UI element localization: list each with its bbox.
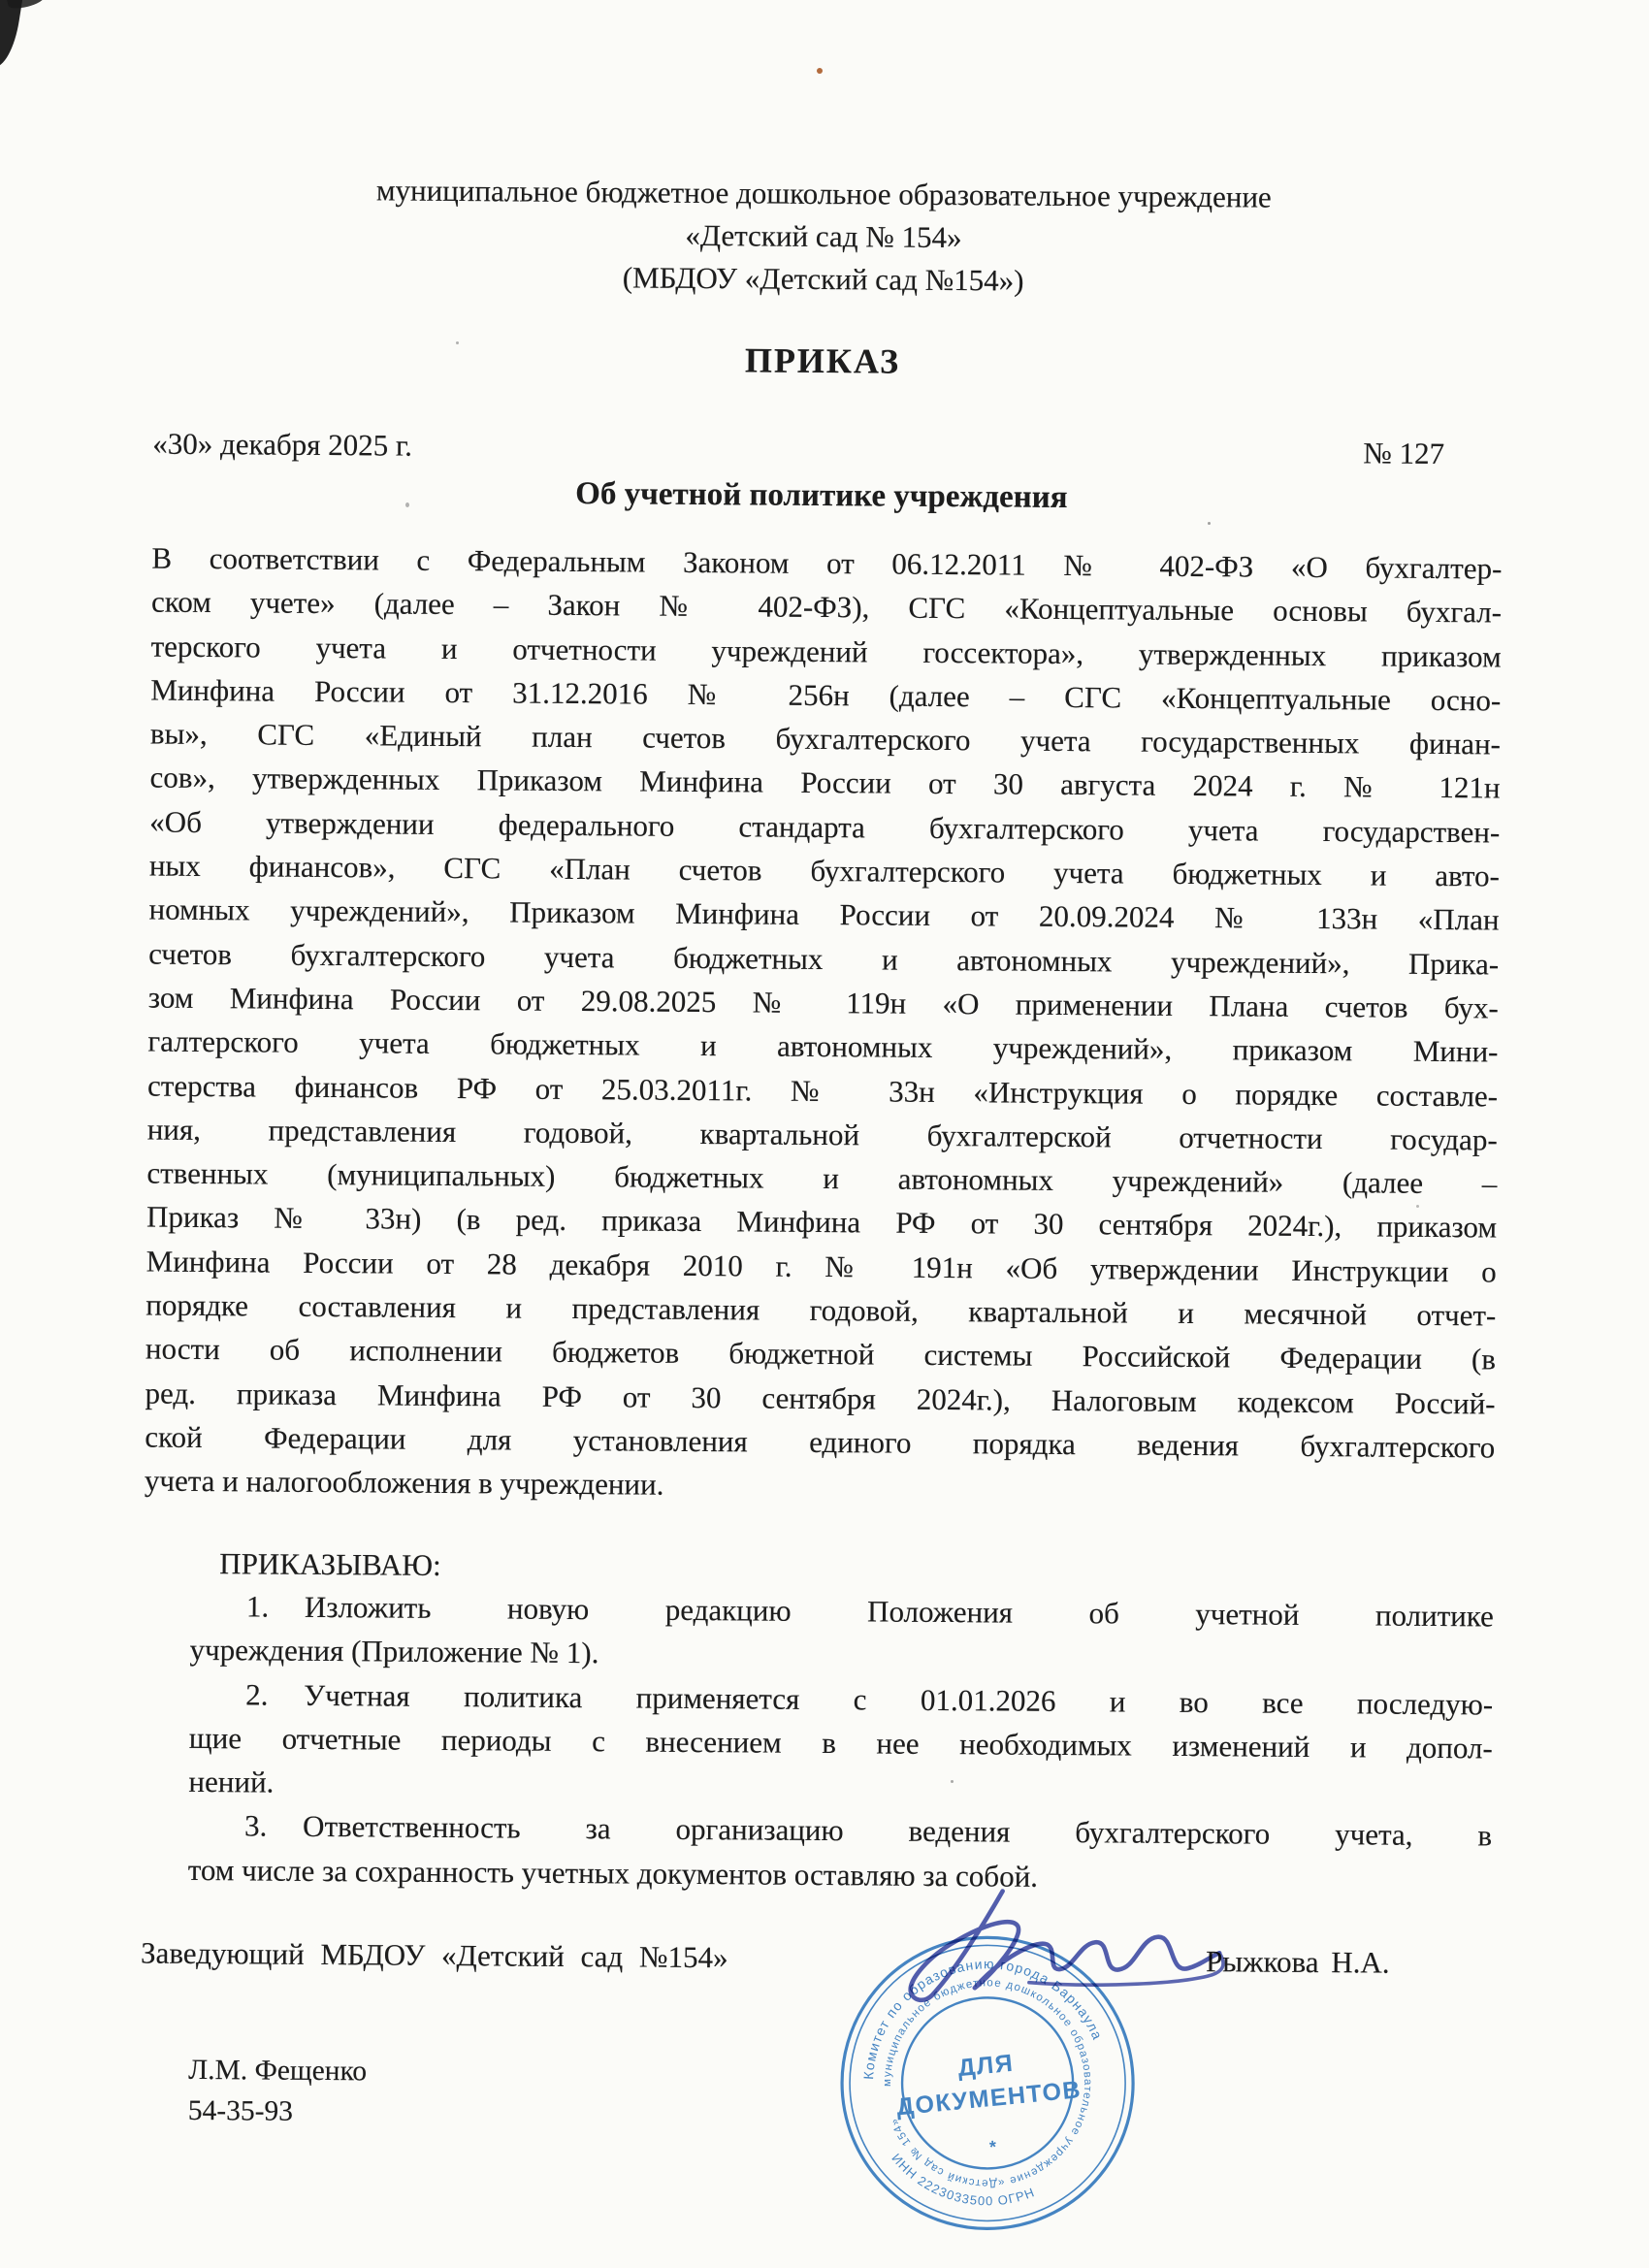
stamp-center-line-1: ДЛЯ	[956, 2050, 1015, 2082]
document-date: «30» декабря 2025 г.	[152, 423, 412, 468]
order-item-number: 2.	[245, 1672, 304, 1717]
paper-speck	[621, 1088, 623, 1090]
order-item-number: 3.	[244, 1804, 303, 1849]
paper-speck	[456, 341, 459, 344]
stamp-center-line-2: ДОКУМЕНТОВ	[895, 2076, 1083, 2121]
stamp-star-mark: *	[988, 2137, 998, 2157]
order-item-number: 1.	[246, 1584, 305, 1629]
org-header: муниципальное бюджетное дошкольное образ…	[0, 166, 1649, 307]
document-sheet: муниципальное бюджетное дошкольное образ…	[0, 0, 1649, 2268]
paper-speck	[817, 68, 823, 74]
paper-speck	[1416, 1205, 1419, 1208]
scanned-order-document: муниципальное бюджетное дошкольное образ…	[0, 0, 1649, 2268]
document-subject: Об учетной политике учреждения	[0, 468, 1646, 523]
order-items: 1.Изложить новую редакцию Положения об у…	[142, 1584, 1494, 1902]
handwritten-signature-icon	[839, 1880, 1267, 2028]
signature-role-line: Заведующий МБДОУ «Детский сад №154»	[141, 1931, 728, 1981]
document-number: № 127	[1363, 432, 1444, 475]
document-title: ПРИКАЗ	[0, 333, 1647, 388]
order-item: 3.Ответственность за организацию ведения…	[142, 1803, 1493, 1902]
executor-phone: 54-35-93	[188, 2090, 293, 2132]
paper-speck	[1208, 522, 1211, 525]
order-item: 2.Учетная политика применяется с 01.01.2…	[142, 1671, 1493, 1814]
paper-speck	[951, 1780, 954, 1783]
executor-name: Л.М. Фещенко	[188, 2050, 367, 2091]
body-paragraph: В соответствии с Федеральным Законом от …	[145, 536, 1503, 1513]
order-item: 1.Изложить новую редакцию Положения об у…	[143, 1584, 1494, 1683]
paper-speck	[405, 502, 409, 507]
